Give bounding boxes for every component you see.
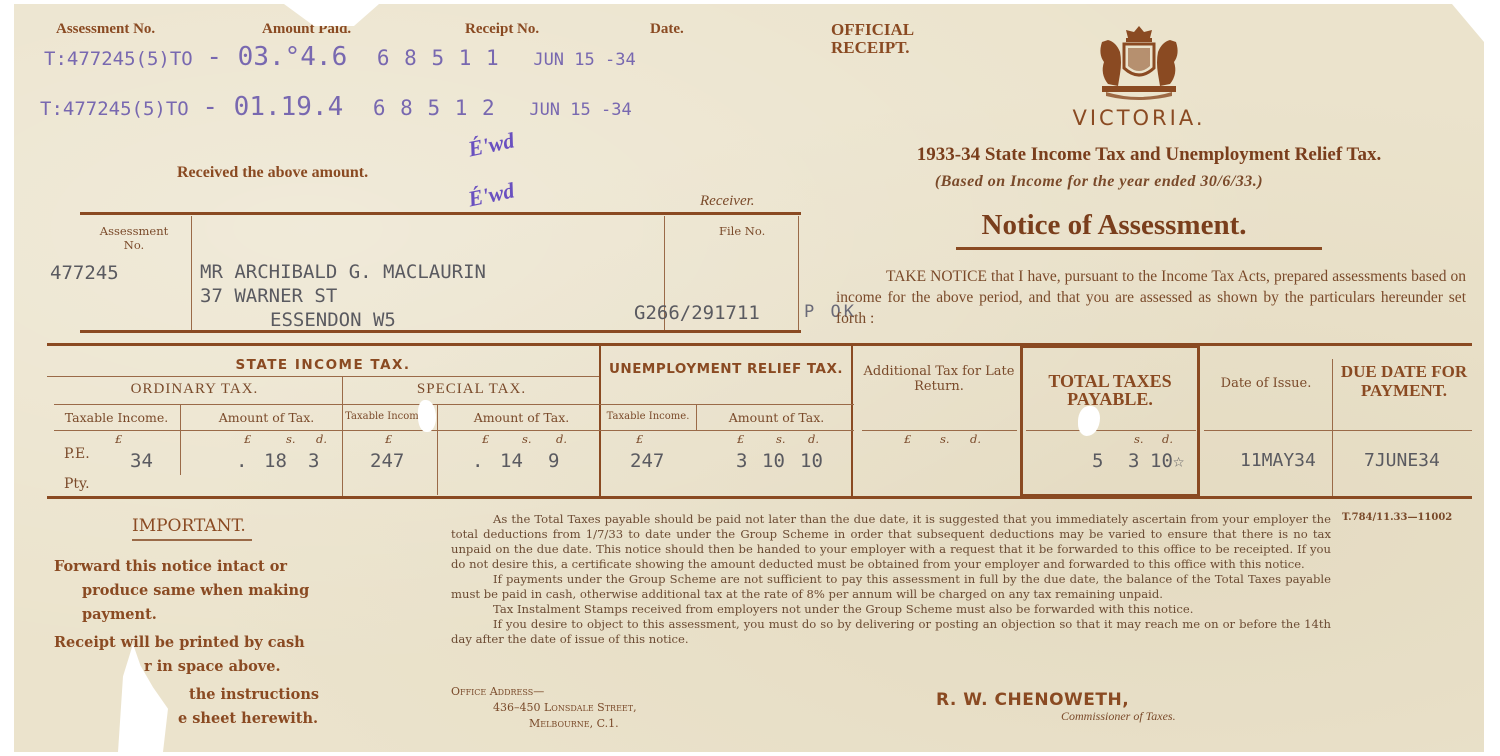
paragraph-group-scheme: If payments under the Group Scheme are n… <box>451 572 1331 602</box>
official-receipt-label: OFFICIAL RECEIPT. <box>831 21 914 57</box>
payment-receipt-no: 6 8 5 1 1 <box>377 46 500 70</box>
notice-title-line: 1933-34 State Income Tax and Unemploymen… <box>829 144 1469 166</box>
total-tax-pounds: 5 <box>1092 450 1103 472</box>
shilling-unit: s. <box>776 432 786 446</box>
special-tax-header: SPECIAL TAX. <box>344 381 599 398</box>
unemployment-relief-tax-header: UNEMPLOYMENT RELIEF TAX. <box>602 362 850 377</box>
paragraph-stamps: Tax Instalment Stamps received from empl… <box>451 602 1331 617</box>
payment-amount: - 03.°4.6 <box>206 42 347 72</box>
divider <box>851 346 853 496</box>
unemployment-tax-shillings: 10 <box>762 450 785 472</box>
payment-assessment: T:477245(5)TO <box>40 98 189 120</box>
pound-unit: £ <box>482 432 489 446</box>
pound-unit: £ <box>737 432 744 446</box>
special-amount-of-tax-header: Amount of Tax. <box>444 410 599 425</box>
take-notice-paragraph: TAKE NOTICE that I have, pursuant to the… <box>836 266 1466 329</box>
divider <box>437 405 438 495</box>
due-date-header: DUE DATE FOR PAYMENT. <box>1336 362 1472 400</box>
notice-of-assessment-title: Notice of Assessment. <box>949 209 1279 242</box>
ordinary-tax-shillings: 18 <box>264 450 287 472</box>
office-address: Office Address— 436–450 Lonsdale Street,… <box>451 684 637 732</box>
divider <box>798 216 799 330</box>
ordinary-tax-pounds: . <box>236 450 247 472</box>
file-no-label: File No. <box>719 224 765 238</box>
important-instructions: Forward this notice intact or produce sa… <box>54 555 344 731</box>
payment-row: T:477245(5)TO - 01.19.4 6 8 5 1 2 JUN 15… <box>40 92 632 122</box>
coat-of-arms-icon <box>1092 24 1186 102</box>
special-tax-shillings: 14 <box>500 450 523 472</box>
divider <box>1197 344 1200 498</box>
pound-unit: £ <box>115 432 122 446</box>
shilling-unit: s. <box>286 432 296 446</box>
notice-subtitle: (Based on Income for the year ended 30/6… <box>829 173 1369 191</box>
form-code: T.784/11.33—11002 <box>1342 512 1452 523</box>
pty-label: Pty. <box>64 476 90 492</box>
unemployment-taxable-income-header: Taxable Income. <box>602 411 694 422</box>
divider <box>1020 344 1023 498</box>
ordinary-amount-of-tax-header: Amount of Tax. <box>194 410 339 425</box>
taxpayer-name: MR ARCHIBALD G. MACLAURIN <box>200 260 486 284</box>
divider <box>80 212 801 215</box>
receipt-no-label: Receipt No. <box>465 21 539 38</box>
receiver-label: Receiver. <box>700 193 755 210</box>
total-taxes-payable-header: TOTAL TAXES PAYABLE. <box>1024 372 1196 408</box>
divider <box>696 405 697 430</box>
ordinary-tax-header: ORDINARY TAX. <box>47 381 342 398</box>
pence-unit: d. <box>970 432 981 446</box>
state-name: VICTORIA. <box>1044 106 1234 130</box>
pence-unit: d. <box>316 432 327 446</box>
pound-unit: £ <box>636 432 643 446</box>
payment-assessment: T:477245(5)TO <box>44 48 193 70</box>
commissioner-name: R. W. CHENOWETH, <box>936 690 1129 710</box>
total-box-top <box>1020 344 1200 348</box>
title-underline <box>956 247 1322 250</box>
pence-unit: d. <box>556 432 567 446</box>
divider <box>862 430 1017 431</box>
unemployment-tax-pounds: 3 <box>736 450 747 472</box>
divider <box>1026 430 1196 431</box>
taxpayer-suburb: ESSENDON W5 <box>200 308 486 332</box>
table-bottom-border <box>47 496 1472 499</box>
pound-unit: £ <box>244 432 251 446</box>
total-tax-pence: 10☆ <box>1150 450 1184 472</box>
instructions-body: As the Total Taxes payable should be pai… <box>451 512 1331 647</box>
receiver-initials: É'wd <box>466 177 517 212</box>
payment-receipt-no: 6 8 5 1 2 <box>373 96 496 120</box>
commissioner-title: Commissioner of Taxes. <box>1061 709 1176 724</box>
payment-amount: - 01.19.4 <box>202 92 343 122</box>
unemployment-amount-of-tax-header: Amount of Tax. <box>704 410 849 425</box>
important-title: IMPORTANT. <box>132 516 246 536</box>
ordinary-taxable-income: 34 <box>130 450 153 472</box>
receiver-initials: É'wd <box>466 127 517 162</box>
divider <box>1204 430 1472 431</box>
payment-date: JUN 15 -34 <box>533 50 635 70</box>
unemployment-taxable-income: 247 <box>630 450 664 472</box>
pound-unit: £ <box>385 432 392 446</box>
total-tax-shillings: 3 <box>1128 450 1139 472</box>
payment-date: JUN 15 -34 <box>529 100 631 120</box>
shilling-unit: s. <box>1134 432 1144 446</box>
special-tax-pence: 9 <box>548 450 559 472</box>
received-text: Received the above amount. <box>177 164 368 182</box>
tax-notice-document: Assessment No. Amount Paid. Receipt No. … <box>14 4 1484 752</box>
file-no: G266/291711 <box>634 302 760 324</box>
divider <box>54 404 854 405</box>
divider <box>180 405 181 475</box>
address-assessment-no: 477245 <box>50 262 119 284</box>
paper-hole <box>418 400 436 432</box>
amount-paid-label: Amount Paid. <box>262 21 351 38</box>
taxpayer-street: 37 WARNER ST <box>200 284 486 308</box>
important-underline <box>132 539 252 541</box>
office-address-line2: Melbourne, C.1. <box>451 716 637 732</box>
divider <box>342 377 343 496</box>
state-income-tax-header: STATE INCOME TAX. <box>47 357 599 373</box>
paper-hole <box>1078 406 1100 436</box>
divider <box>1332 359 1333 496</box>
assessment-no-label: Assessment No. <box>56 21 155 38</box>
due-date-value: 7JUNE34 <box>1364 450 1440 471</box>
office-address-line1: 436–450 Lonsdale Street, <box>451 700 637 716</box>
pence-unit: d. <box>808 432 819 446</box>
special-taxable-income-header: Taxable Income. <box>344 411 429 422</box>
total-box-bottom <box>1020 494 1200 498</box>
taxpayer-address: MR ARCHIBALD G. MACLAURIN 37 WARNER ST E… <box>200 260 486 332</box>
pound-unit: £ <box>904 432 911 446</box>
shilling-unit: s. <box>940 432 950 446</box>
address-assessment-label: Assessment No. <box>84 224 184 252</box>
special-taxable-income: 247 <box>370 450 404 472</box>
paragraph-due-date: As the Total Taxes payable should be pai… <box>451 512 1331 572</box>
office-address-label: Office Address— <box>451 684 637 700</box>
divider <box>54 430 854 431</box>
shilling-unit: s. <box>522 432 532 446</box>
payment-row: T:477245(5)TO - 03.°4.6 6 8 5 1 1 JUN 15… <box>44 42 636 72</box>
table-top-border <box>47 343 1472 346</box>
pe-label: P.E. <box>64 446 90 462</box>
pence-unit: d. <box>1162 432 1173 446</box>
divider <box>47 376 599 377</box>
ordinary-taxable-income-header: Taxable Income. <box>54 410 179 425</box>
date-of-issue-value: 11MAY34 <box>1240 450 1316 471</box>
divider <box>599 346 601 496</box>
special-tax-pounds: . <box>472 450 483 472</box>
paragraph-objection: If you desire to object to this assessme… <box>451 617 1331 647</box>
date-label: Date. <box>650 21 684 38</box>
unemployment-tax-pence: 10 <box>800 450 823 472</box>
additional-tax-header: Additional Tax for Late Return. <box>859 364 1019 394</box>
ordinary-tax-pence: 3 <box>308 450 319 472</box>
date-of-issue-header: Date of Issue. <box>1202 376 1330 391</box>
divider <box>191 216 192 330</box>
